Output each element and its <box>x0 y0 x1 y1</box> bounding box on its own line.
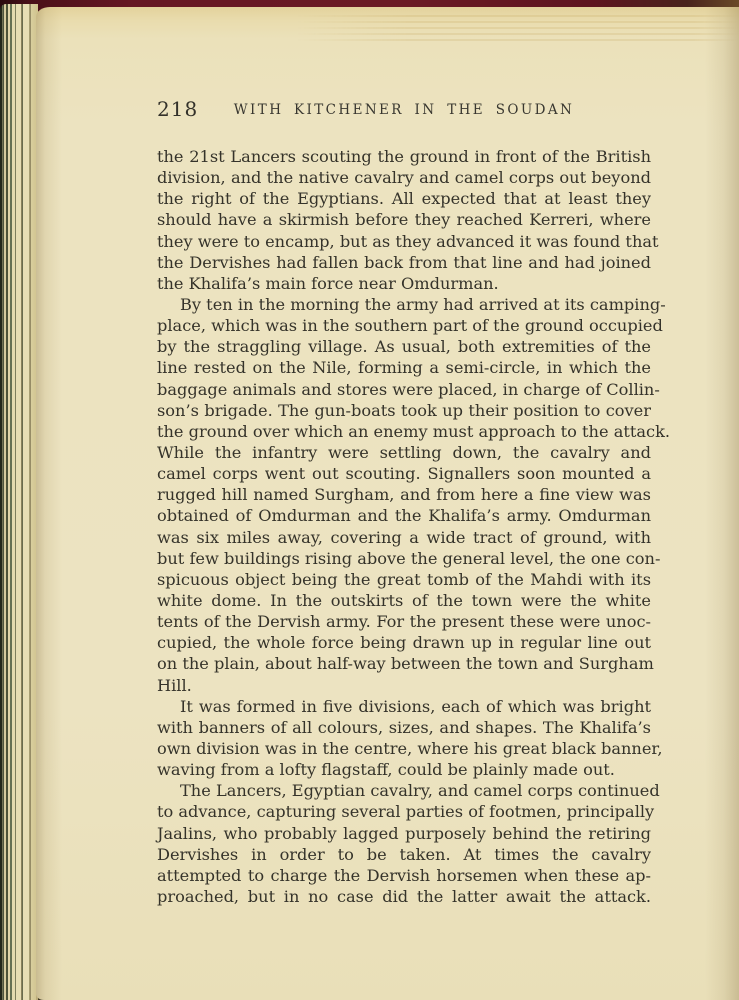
text-line: Hill. <box>157 675 651 696</box>
text-line: obtained of Omdurman and the Khalifa’s a… <box>157 505 651 526</box>
text-line: proached, but in no case did the latter … <box>157 886 651 907</box>
text-line: rugged hill named Surgham, and from here… <box>157 484 651 505</box>
text-line: It was formed in five divisions, each of… <box>157 696 651 717</box>
text-line: attempted to charge the Dervish horsemen… <box>157 865 651 886</box>
text-line: the right of the Egyptians. All expected… <box>157 188 651 209</box>
text-line: line rested on the Nile, forming a semi-… <box>157 357 651 378</box>
text-line: place, which was in the southern part of… <box>157 315 651 336</box>
text-line: The Lancers, Egyptian cavalry, and camel… <box>157 780 651 801</box>
body-text: the 21st Lancers scouting the ground in … <box>157 146 651 907</box>
text-line: with banners of all colours, sizes, and … <box>157 717 651 738</box>
text-line: was six miles away, covering a wide trac… <box>157 527 651 548</box>
text-line: Jaalins, who probably lagged purposely b… <box>157 823 651 844</box>
text-line: but few buildings rising above the gener… <box>157 548 651 569</box>
text-line: white dome. In the outskirts of the town… <box>157 590 651 611</box>
page-text-block: 218 WITH KITCHENER IN THE SOUDAN the 21s… <box>157 97 651 907</box>
page-top-edge-streaks <box>296 15 739 45</box>
text-line: While the infantry were settling down, t… <box>157 442 651 463</box>
text-line: by the straggling village. As usual, bot… <box>157 336 651 357</box>
text-line: to advance, capturing several parties of… <box>157 801 651 822</box>
text-line: baggage animals and stores were placed, … <box>157 379 651 400</box>
text-line: son’s brigade. The gun-boats took up the… <box>157 400 651 421</box>
text-line: division, and the native cavalry and cam… <box>157 167 651 188</box>
text-line: the ground over which an enemy must appr… <box>157 421 651 442</box>
text-line: the Khalifa’s main force near Omdurman. <box>157 273 651 294</box>
text-line: cupied, the whole force being drawn up i… <box>157 632 651 653</box>
text-line: they were to encamp, but as they advance… <box>157 231 651 252</box>
text-line: waving from a lofty flagstaff, could be … <box>157 759 651 780</box>
text-line: Dervishes in order to be taken. At times… <box>157 844 651 865</box>
page-header-row: 218 WITH KITCHENER IN THE SOUDAN <box>157 97 651 123</box>
text-line: tents of the Dervish army. For the prese… <box>157 611 651 632</box>
running-header: WITH KITCHENER IN THE SOUDAN <box>157 102 651 118</box>
text-line: should have a skirmish before they reach… <box>157 209 651 230</box>
text-line: own division was in the centre, where hi… <box>157 738 651 759</box>
text-line: on the plain, about half-way between the… <box>157 653 651 674</box>
text-line: spicuous object being the great tomb of … <box>157 569 651 590</box>
text-line: camel corps went out scouting. Signaller… <box>157 463 651 484</box>
text-line: the 21st Lancers scouting the ground in … <box>157 146 651 167</box>
book-page-edges-left <box>0 4 38 1000</box>
text-line: By ten in the morning the army had arriv… <box>157 294 651 315</box>
text-line: the Dervishes had fallen back from that … <box>157 252 651 273</box>
